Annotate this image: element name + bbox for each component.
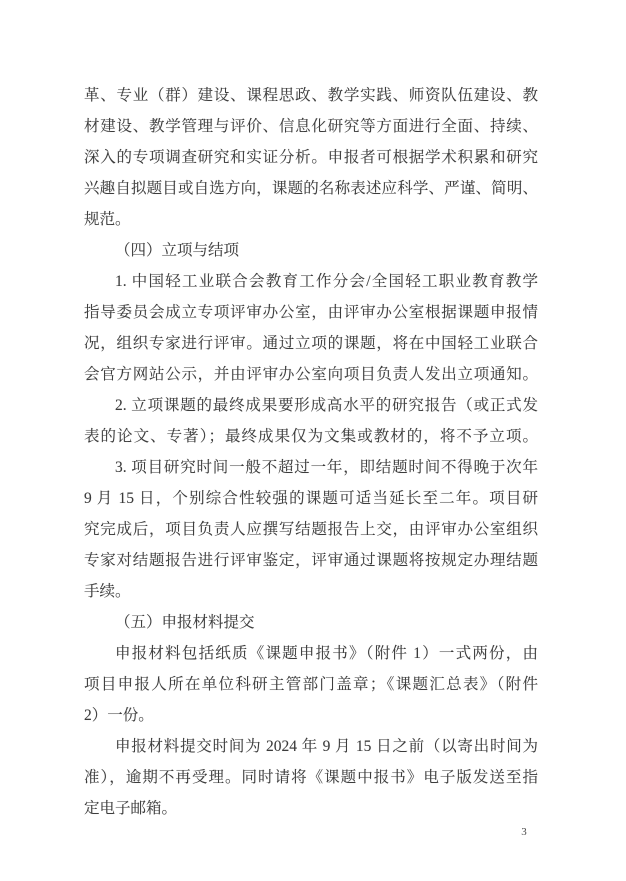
body-line: 况，组织专家进行评审。通过立项的课题，将在中国轻工业联合 xyxy=(84,328,538,359)
body-line: 革、专业（群）建设、课程思政、教学实践、师资队伍建设、教 xyxy=(84,80,538,111)
document-page: 革、专业（群）建设、课程思政、教学实践、师资队伍建设、教 材建设、教学管理与评价… xyxy=(0,0,626,881)
body-line: 材建设、教学管理与评价、信息化研究等方面进行全面、持续、 xyxy=(84,111,538,142)
document-body: 革、专业（群）建设、课程思政、教学实践、师资队伍建设、教 材建设、教学管理与评价… xyxy=(84,80,538,824)
section-heading: （五）申报材料提交 xyxy=(84,607,538,638)
body-line: 3. 项目研究时间一般不超过一年，即结题时间不得晚于次年 xyxy=(84,452,538,483)
body-line: 手续。 xyxy=(84,576,538,607)
body-line: 申报材料提交时间为 2024 年 9 月 15 日之前（以寄出时间为 xyxy=(84,731,538,762)
body-line: 9 月 15 日，个别综合性较强的课题可适当延长至二年。项目研 xyxy=(84,483,538,514)
body-line: 兴趣自拟题目或自选方向，课题的名称表述应科学、严谨、简明、 xyxy=(84,173,538,204)
body-line: 1. 中国轻工业联合会教育工作分会/全国轻工职业教育教学 xyxy=(84,266,538,297)
body-line: 究完成后，项目负责人应撰写结题报告上交，由评审办公室组织 xyxy=(84,514,538,545)
body-line: 准），逾期不再受理。同时请将《课题中报书》电子版发送至指 xyxy=(84,762,538,793)
body-line: 2. 立项课题的最终成果要形成高水平的研究报告（或正式发 xyxy=(84,390,538,421)
body-line: 表的论文、专著）；最终成果仅为文集或教材的，将不予立项。 xyxy=(84,421,538,452)
body-line: 深入的专项调查研究和实证分析。申报者可根据学术积累和研究 xyxy=(84,142,538,173)
body-line: 项目申报人所在单位科研主管部门盖章；《课题汇总表》（附件 xyxy=(84,669,538,700)
body-line: 专家对结题报告进行评审鉴定，评审通过课题将按规定办理结题 xyxy=(84,545,538,576)
body-line: 指导委员会成立专项评审办公室，由评审办公室根据课题申报情 xyxy=(84,297,538,328)
body-line: 规范。 xyxy=(84,204,538,235)
page-number: 3 xyxy=(514,824,534,840)
body-line: 申报材料包括纸质《课题申报书》（附件 1）一式两份，由 xyxy=(84,638,538,669)
body-line: 定电子邮箱。 xyxy=(84,793,538,824)
section-heading: （四）立项与结项 xyxy=(84,235,538,266)
body-line: 会官方网站公示，并由评审办公室向项目负责人发出立项通知。 xyxy=(84,359,538,390)
body-line: 2）一份。 xyxy=(84,700,538,731)
